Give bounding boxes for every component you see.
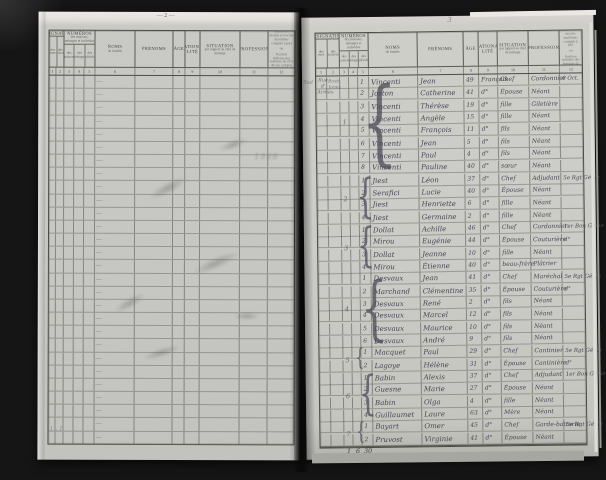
nationality: d° — [482, 284, 501, 296]
first-name: Virginie — [422, 432, 468, 444]
nationality: d° — [480, 136, 499, 148]
surname: Vincenti — [369, 100, 418, 112]
column-number: 1 — [49, 68, 56, 75]
header-designation: DÉSIGNATION des rues des maisons — [49, 31, 64, 67]
column-number: 12 — [268, 68, 294, 75]
row-dash: — — [95, 155, 135, 167]
nationality: d° — [483, 395, 502, 407]
age: 29 — [467, 346, 482, 357]
military-corps: 5e Rgt Génie — [563, 345, 585, 357]
column-number: 6 — [369, 67, 418, 75]
surname: Guesne — [373, 383, 422, 395]
empty-table-row: — — [48, 431, 293, 445]
right-page-number: 3 — [447, 16, 452, 24]
relation: Chef — [500, 221, 531, 233]
row-dash: — — [95, 89, 135, 101]
row-dash: — — [95, 352, 135, 364]
relation: fils — [499, 136, 530, 148]
relation: fils — [501, 320, 532, 332]
profession: Néant — [533, 382, 564, 394]
first-name: Maurice — [421, 321, 467, 333]
first-name: Omer — [422, 420, 468, 432]
nationality: d° — [479, 99, 498, 111]
row-dash: — — [95, 326, 135, 338]
first-name: René — [421, 297, 467, 309]
surname: Babin — [373, 371, 422, 383]
relation: fils — [501, 332, 532, 344]
relation: Chef — [502, 419, 533, 431]
individual-number: 2 — [362, 434, 373, 445]
surname: Macquet — [372, 346, 421, 358]
column-number: 5 — [84, 68, 95, 75]
surname: Vincenti — [370, 162, 419, 174]
relation: beau-frère — [500, 258, 531, 270]
row-dash: — — [95, 405, 135, 417]
profession: Néant — [529, 86, 560, 98]
row-dash: — — [95, 379, 135, 391]
surname: Serafici — [370, 187, 419, 199]
nationality: d° — [481, 222, 500, 234]
empty-table-row: — — [49, 392, 294, 406]
individual-number: 5 — [361, 323, 372, 334]
military-corps: 5e Rgt Génie — [561, 172, 583, 184]
surname: Vincenti — [369, 113, 418, 125]
relation: Épouse — [499, 184, 530, 196]
individual-number: 2 — [358, 88, 369, 99]
surname: Lagoye — [372, 359, 421, 371]
nationality: Français — [479, 74, 498, 86]
surname: Desvaux — [372, 334, 421, 346]
first-name: Lucie — [419, 186, 465, 198]
column-number: 2 — [56, 68, 64, 75]
surname: Dollat — [371, 224, 420, 236]
relation: fille — [500, 209, 531, 221]
surname: Jiest — [370, 174, 419, 186]
nationality: d° — [481, 235, 500, 246]
row-dash: — — [95, 168, 135, 180]
profession: Néant — [533, 406, 564, 418]
header-prenoms: PRÉNOMS — [417, 32, 463, 67]
relation: Chef — [500, 272, 531, 284]
individual-number: 2 — [362, 384, 373, 395]
first-name: Henriette — [420, 198, 466, 210]
age: 19 — [464, 99, 479, 111]
age: 31 — [467, 358, 482, 370]
relation: fille — [498, 99, 529, 111]
age: 10 — [467, 321, 482, 333]
nationality: d° — [483, 370, 502, 382]
profession: Néant — [531, 197, 562, 209]
header-profession: PROFESSION — [240, 31, 268, 67]
surname: Vincenti — [370, 150, 419, 162]
age: 12 — [467, 309, 482, 320]
age: 49 — [464, 74, 479, 86]
age: 37 — [465, 173, 480, 185]
relation: fille — [500, 246, 531, 258]
column-number: 4 — [349, 68, 358, 75]
age: 35 — [467, 284, 482, 296]
individual-number: 2 — [360, 236, 371, 247]
individual-number: 8 — [359, 162, 370, 173]
surname: Guillaumet — [373, 408, 422, 420]
row-dash: — — [95, 102, 135, 114]
nationality: d° — [480, 148, 499, 160]
row-dash: — — [95, 76, 135, 88]
nationality: d° — [479, 111, 498, 123]
ink-smudge — [234, 312, 260, 320]
relation: Mère — [502, 406, 533, 418]
column-number: 7 — [135, 68, 173, 75]
surname: Bayart — [373, 420, 422, 432]
header-age: ÂGE — [173, 31, 185, 67]
first-name: Marie — [422, 383, 468, 395]
military-corps: d° — [562, 234, 584, 246]
column-number: 7 — [418, 67, 464, 75]
age: 2 — [466, 210, 481, 222]
individual-number: 3 — [360, 199, 371, 210]
age: 27 — [468, 383, 483, 394]
profession: Néant — [531, 209, 562, 221]
profession: Giletière — [529, 98, 560, 110]
profession: Néant — [532, 332, 563, 344]
profession: Plâtrier — [531, 258, 562, 270]
first-name: Alexis — [422, 371, 468, 383]
profession: Garde-batterie — [533, 419, 564, 431]
empty-table-row: — — [49, 286, 294, 300]
left-empty-rows: ———————————————————————————— — [48, 76, 294, 445]
relation: fille — [502, 394, 533, 406]
age: 4 — [465, 148, 480, 160]
empty-table-row: — — [49, 234, 294, 248]
header-situation: SITUATION par rapport au chef de ménage — [200, 31, 240, 67]
profession: Cantinière — [532, 357, 563, 369]
individual-number: 2 — [361, 286, 372, 297]
surname: Desvaux — [372, 322, 421, 334]
under-page-edge — [312, 451, 584, 464]
row-dash: — — [95, 339, 135, 351]
row-dash: — — [95, 234, 135, 246]
column-number: 11 — [529, 66, 560, 73]
row-dash: — — [95, 260, 135, 272]
empty-table-row: — — [49, 352, 294, 366]
nationality: d° — [482, 296, 501, 308]
profession: Adjudant — [533, 369, 564, 381]
empty-table-row: — — [49, 273, 294, 287]
surname: Desvaux — [372, 309, 421, 321]
age: 40 — [466, 259, 481, 271]
left-census-table: DÉSIGNATION des rues des maisons NUMÉROS… — [47, 30, 295, 446]
individual-number: 3 — [360, 249, 371, 260]
profession: Néant — [530, 160, 561, 172]
row-dash: — — [95, 128, 135, 140]
relation: Chef — [501, 346, 532, 358]
empty-table-row: — — [49, 102, 294, 116]
empty-table-row: — — [49, 115, 294, 129]
header-situation: SITUATION par rapport au chef de ménage — [497, 31, 528, 65]
profession: Néant — [530, 184, 561, 196]
row-dash: — — [95, 208, 135, 220]
first-name: Hélène — [421, 358, 467, 370]
surname: Pruvost — [373, 433, 422, 445]
relation: Épouse — [501, 357, 532, 369]
relation: Chef — [498, 73, 529, 85]
surname: Vincenti — [369, 76, 418, 88]
relation: Épouse — [500, 235, 531, 247]
relation: Épouse — [502, 382, 533, 394]
age: 40 — [465, 185, 480, 197]
empty-table-row: — — [49, 247, 294, 261]
nationality: d° — [482, 321, 501, 333]
nationality: d° — [482, 358, 501, 370]
row-dash: — — [95, 313, 135, 325]
column-number: 3 — [64, 68, 74, 75]
profession: Couturière — [531, 234, 562, 246]
column-number: 3 — [340, 68, 349, 75]
nationality: d° — [481, 198, 500, 209]
header-nationalite: NATIONA- LITÉ — [478, 31, 497, 65]
profession: Néant — [532, 320, 563, 332]
first-name: Eugénie — [420, 235, 466, 247]
first-name: Laure — [422, 408, 468, 420]
empty-table-row: — — [49, 221, 294, 235]
individual-number: 2 — [359, 187, 370, 199]
first-name: Marcel — [421, 309, 467, 321]
header-numeros: NUMÉROS des maisons, ménages et individu… — [340, 33, 369, 67]
military-corps: d° — [563, 357, 585, 369]
profession: Cordonnier — [531, 221, 562, 233]
header-nationalite: NATIONA- LITÉ — [185, 31, 200, 67]
column-number: 9 — [479, 66, 498, 73]
individual-number: 5 — [359, 125, 370, 136]
nationality: d° — [480, 124, 499, 135]
nationality: d° — [483, 383, 502, 394]
header-numeros: NUMÉROS des maisons, ménages et individu… — [64, 31, 95, 67]
profession: Cantinier — [532, 345, 563, 357]
surname: Mirou — [371, 236, 420, 248]
surname: Jiest — [371, 199, 420, 211]
age: 5 — [465, 136, 480, 148]
surname: Jiest — [371, 211, 420, 223]
empty-table-row: — — [49, 207, 294, 221]
row-dash: — — [95, 247, 135, 259]
header-designation: DÉSIGNATION des rues des maisons — [316, 33, 340, 67]
individual-number: 4 — [360, 212, 371, 223]
first-name: Olga — [422, 395, 468, 407]
margin-note: Sud — [303, 80, 313, 86]
surname: Desvaux — [371, 273, 420, 285]
profession: Néant — [532, 308, 563, 320]
left-page: — 2 — DÉSIGNATION des rues des maisons N… — [37, 12, 300, 461]
nationality: d° — [480, 185, 499, 197]
nationality: d° — [479, 87, 498, 98]
age: 40 — [465, 161, 480, 172]
empty-table-row: — — [49, 194, 294, 208]
nationality: d° — [481, 247, 500, 259]
relation: fils — [501, 309, 532, 321]
profession: Adjudant — [530, 172, 561, 184]
header-prenoms: PRÉNOMS — [135, 31, 173, 67]
individual-number: 3 — [358, 101, 369, 112]
header-profession: PROFESSION — [528, 31, 559, 65]
age: 46 — [466, 222, 481, 234]
individual-number: 6 — [359, 138, 370, 149]
age: 44 — [466, 235, 481, 246]
individual-number: 3 — [362, 397, 373, 408]
surname: Vincenti — [370, 137, 419, 149]
nationality: d° — [481, 272, 500, 283]
individual-number: 4 — [360, 261, 371, 273]
surname: Vincenti — [370, 125, 419, 137]
row-dash: — — [94, 418, 134, 430]
individual-number: 1 — [358, 77, 369, 89]
individual-number: 1 — [359, 175, 370, 186]
first-name: Jean — [420, 272, 466, 284]
military-corps: 5e Rgt Génie — [562, 271, 584, 283]
relation: fils — [501, 295, 532, 307]
nationality: d° — [483, 420, 502, 431]
relation: fille — [500, 198, 531, 210]
row-dash: — — [95, 181, 135, 193]
individual-number: 1 — [362, 421, 373, 432]
column-number: 10 — [200, 68, 240, 75]
surname: Mirou — [371, 261, 420, 273]
nationality: d° — [483, 432, 502, 444]
profession: Néant — [533, 431, 564, 443]
relation: Chef — [502, 369, 533, 381]
column-number: 9 — [185, 68, 200, 75]
individual-number: 1 — [362, 372, 373, 384]
row-dash: — — [95, 142, 135, 154]
individual-number: 3 — [361, 298, 372, 310]
first-name: Léon — [419, 173, 465, 185]
first-name: André — [421, 334, 467, 346]
column-number: 8 — [173, 68, 185, 75]
profession: Néant — [529, 110, 560, 122]
relation: Épouse — [501, 283, 532, 295]
row-dash: — — [95, 221, 135, 233]
age: 37 — [468, 370, 483, 382]
nationality: d° — [481, 210, 500, 222]
military-corps: 1er Bon Génie — [562, 220, 584, 232]
profession: Néant — [530, 147, 561, 159]
age: 45 — [468, 420, 483, 431]
first-name: Thérèse — [418, 99, 464, 111]
census-rows: 1VincentiJean49FrançaisChefCordonnier6 O… — [316, 73, 586, 446]
first-name: Paul — [419, 149, 465, 161]
empty-table-row: — — [49, 89, 294, 103]
column-number: 10 — [498, 66, 529, 73]
first-name: Jeanne — [420, 247, 466, 259]
first-name: Catherine — [418, 87, 464, 99]
individual-number: 6 — [361, 335, 372, 347]
relation: sœur — [499, 161, 530, 173]
empty-table-row: — — [49, 405, 294, 419]
first-name: Pauline — [419, 161, 465, 173]
first-name: Germaine — [420, 210, 466, 222]
first-name: Achille — [420, 223, 466, 235]
age: 9 — [467, 333, 482, 345]
individual-number: 1 — [360, 224, 371, 236]
nationality: d° — [482, 346, 501, 357]
left-page-number: — 2 — — [157, 13, 175, 19]
individual-number: 4 — [361, 310, 372, 321]
profession: Néant — [532, 295, 563, 307]
header-noms: NOMS de famille — [95, 31, 135, 67]
age: 63 — [468, 407, 483, 419]
first-name: Jean — [419, 136, 465, 148]
header-observations: Corps dont font partie les militaires, m… — [268, 31, 294, 67]
age: 15 — [464, 111, 479, 123]
military-corps: 5e Rgt Génie — [564, 419, 586, 431]
surname: Babin — [373, 396, 422, 408]
profession: Néant — [530, 123, 561, 135]
profession: Néant — [533, 394, 564, 406]
empty-table-row: — — [49, 76, 294, 90]
age: 10 — [466, 247, 481, 259]
military-corps: 6 Oct. — [560, 72, 582, 84]
nationality: d° — [481, 259, 500, 271]
age: 4 — [468, 395, 483, 407]
column-number: 11 — [240, 68, 268, 75]
surname: Joston — [369, 88, 418, 100]
header-noms: NOMS de famille — [369, 32, 418, 67]
first-name: Étienne — [420, 260, 466, 272]
age: 41 — [466, 272, 481, 283]
profession: Maréchal — [531, 271, 562, 283]
row-dash: — — [95, 366, 135, 378]
first-name: Paul — [421, 346, 467, 358]
empty-table-row: — — [48, 418, 293, 432]
age: 2 — [467, 296, 482, 308]
profession: Cordonnier — [529, 73, 560, 85]
profession: Néant — [531, 246, 562, 258]
header-age: ÂGE — [463, 32, 478, 66]
individual-number: 4 — [358, 114, 369, 126]
row-dash: — — [95, 194, 135, 206]
right-page: 3 Sud DÉSIGNATION des rues des maisons N… — [301, 14, 598, 460]
relation: Épouse — [502, 431, 533, 443]
age: 11 — [465, 124, 480, 135]
empty-table-row: — — [49, 155, 294, 169]
relation: Chef — [499, 173, 530, 185]
age: 6 — [466, 198, 481, 209]
first-name: François — [419, 124, 465, 136]
empty-table-row: — — [49, 379, 294, 393]
column-number: 4 — [74, 68, 84, 75]
individual-number: 7 — [359, 150, 370, 162]
individual-number: 1 — [361, 347, 372, 358]
column-number: 1 — [316, 68, 327, 75]
military-corps: d° — [563, 283, 585, 295]
empty-table-row: — — [49, 365, 294, 379]
individual-number: 2 — [361, 360, 372, 371]
column-number: 6 — [95, 68, 135, 75]
nationality: d° — [483, 407, 502, 419]
first-name: Jean — [418, 75, 464, 87]
column-number: 8 — [464, 67, 479, 74]
row-dash: — — [95, 392, 135, 404]
first-name: Angèle — [418, 112, 464, 124]
age: 41 — [468, 432, 483, 444]
relation: fils — [499, 124, 530, 136]
surname: Marchand — [372, 285, 421, 297]
individual-number: 1 — [360, 273, 371, 284]
surname: Desvaux — [372, 297, 421, 309]
row-dash: — — [95, 273, 135, 285]
left-table-header: DÉSIGNATION des rues des maisons NUMÉROS… — [49, 31, 294, 68]
profession: Néant — [530, 135, 561, 147]
nationality: d° — [482, 309, 501, 320]
